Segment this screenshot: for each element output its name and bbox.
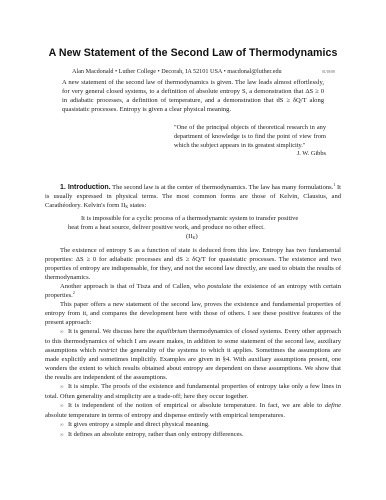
feature-bullet-temperature: ∞It is independent of the notion of empi… xyxy=(45,401,341,420)
feature-bullet-simple: ∞It is simple. The proofs of the existen… xyxy=(45,382,341,401)
feature-bullet-general: ∞It is general. We discuss here the equi… xyxy=(45,327,341,382)
paper-title: A New Statement of the Second Law of The… xyxy=(0,47,386,59)
bullet-icon: ∞ xyxy=(60,328,68,337)
kelvin-label: (IIK) xyxy=(186,232,198,241)
date-stamp: 01/18/08 xyxy=(322,70,335,74)
feature-bullet-meaning: ∞It gives entropy a simple and direct ph… xyxy=(45,420,341,430)
epigraph-text: "One of the principal objects of theoret… xyxy=(174,124,326,149)
bullet-icon: ∞ xyxy=(60,431,68,440)
bullet-icon: ∞ xyxy=(60,383,68,392)
author-line: Alan Macdonald • Luther College • Decora… xyxy=(72,68,282,75)
paragraph-existence: The existence of entropy S as a function… xyxy=(45,246,341,282)
kelvin-statement: It is impossible for a cyclic process of… xyxy=(68,214,300,232)
paragraph-this-paper: This paper offers a new statement of the… xyxy=(45,300,341,327)
intro-text-3: states: xyxy=(128,202,146,209)
feature-bullet-absolute: ∞It defines an absolute entropy, rather … xyxy=(45,430,341,440)
epigraph: "One of the principal objects of theoret… xyxy=(174,124,326,159)
section-heading: 1. Introduction. xyxy=(60,184,111,191)
footnote-ref[interactable]: 2 xyxy=(73,290,75,295)
document-page: A New Statement of the Second Law of The… xyxy=(0,0,386,500)
paragraph-tisza: Another approach is that of Tisza and of… xyxy=(45,282,341,300)
bullet-icon: ∞ xyxy=(60,402,68,411)
bullet-icon: ∞ xyxy=(60,421,68,430)
epigraph-attribution: J. W. Gibbs xyxy=(174,150,326,159)
kelvin-statement-text: It is impossible for a cyclic process of… xyxy=(68,214,300,232)
section-body: The existence of entropy S as a function… xyxy=(45,246,341,440)
intro-text: The second law is at the center of therm… xyxy=(112,184,333,191)
introduction-paragraph: 1. Introduction. The second law is at th… xyxy=(45,183,341,210)
abstract: A new statement of the second law of the… xyxy=(62,78,324,114)
